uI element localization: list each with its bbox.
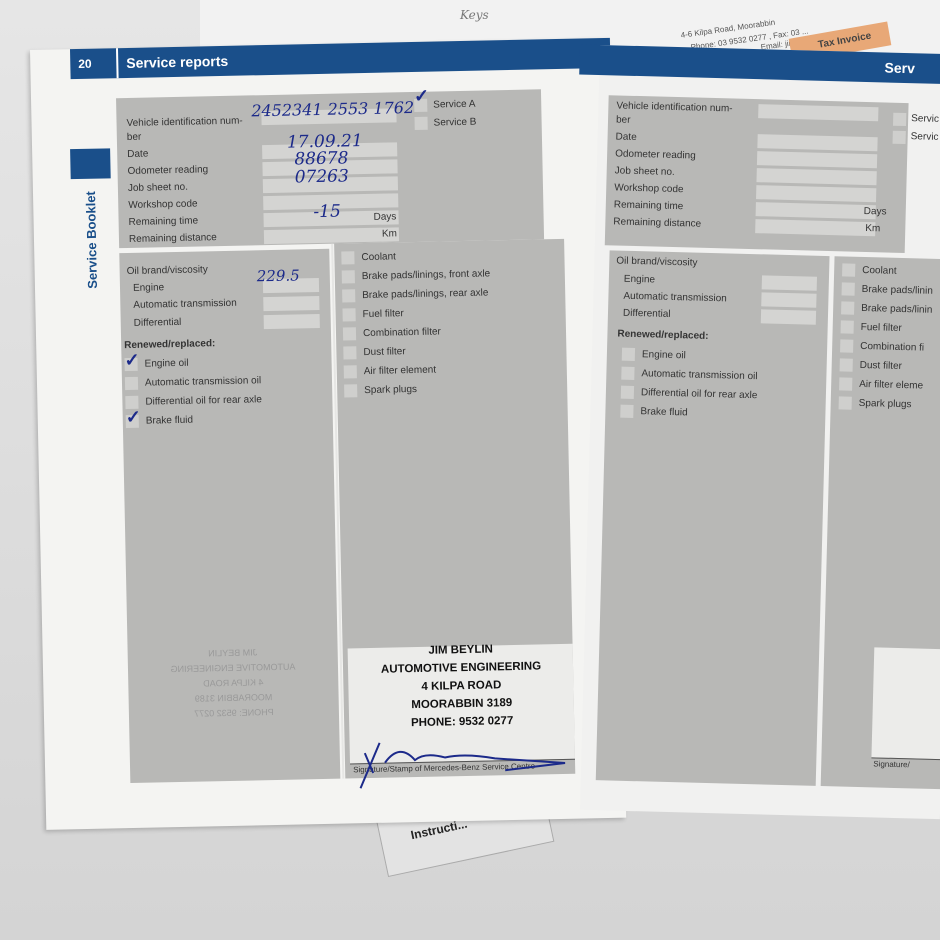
handwritten-engine-oil: 229.5 xyxy=(257,266,300,285)
right-km-unit: Km xyxy=(865,223,880,234)
handwritten-keys-note: Keys xyxy=(460,8,489,22)
left-page: 20 Service reports Service Booklet Vehic… xyxy=(30,38,626,830)
checklist-item-label: Fuel filter xyxy=(362,308,403,320)
right-page: Serv Vehicle identification num- ber Dat… xyxy=(580,45,940,819)
checklist-item-checkbox[interactable] xyxy=(343,327,356,340)
remaining-distance-field[interactable] xyxy=(264,227,399,244)
checklist-item-checkbox[interactable] xyxy=(342,289,355,302)
checklist-item-label: Air filter element xyxy=(364,365,436,378)
checklist-item-checkbox[interactable] xyxy=(342,308,355,321)
oil-engine-label: Engine xyxy=(133,282,164,294)
handwritten-remaining-time: -15 xyxy=(313,202,341,223)
handwritten-job-sheet: 07263 xyxy=(295,166,350,187)
renewed-item-label: Brake fluid xyxy=(146,415,193,427)
handwritten-vin: 2452341 2553 1762 xyxy=(251,98,414,120)
right-checklist-item-checkbox[interactable] xyxy=(842,282,855,295)
oil-heading: Oil brand/viscosity xyxy=(127,264,208,277)
header-divider xyxy=(116,48,119,78)
remaining-distance-label: Remaining distance xyxy=(129,232,217,245)
checklist-item-checkbox[interactable] xyxy=(344,365,357,378)
section-title: Service reports xyxy=(126,53,228,71)
renewed-item-checkbox[interactable] xyxy=(125,377,138,390)
workshop-stamp: JIM BEYLINAUTOMOTIVE ENGINEERING4 KILPA … xyxy=(350,639,572,734)
right-workshop-label: Workshop code xyxy=(614,182,684,195)
right-checklist-item-checkbox[interactable] xyxy=(840,339,853,352)
right-vin-label-cont: ber xyxy=(616,114,631,125)
right-checklist-item-label: Air filter eleme xyxy=(859,379,923,392)
right-checklist-item-checkbox[interactable] xyxy=(840,358,853,371)
stamp-imprint-mirrored: JIM BEYLINAUTOMOTIVE ENGINEERING4 KILPA … xyxy=(143,644,325,723)
checklist-item-checkbox[interactable] xyxy=(342,270,355,283)
right-checklist-item-checkbox[interactable] xyxy=(839,377,852,390)
right-service-a-label: Servic xyxy=(911,113,939,125)
right-renewed-item-checkbox[interactable] xyxy=(622,348,635,361)
right-checklist-item-checkbox[interactable] xyxy=(842,263,855,276)
service-a-checkmark: ✓ xyxy=(414,86,430,107)
km-unit: Km xyxy=(382,228,397,239)
remaining-time-label: Remaining time xyxy=(129,216,199,228)
right-oil-engine-label: Engine xyxy=(624,274,655,286)
oil-trans-label: Automatic transmission xyxy=(133,298,237,311)
service-booklet-label: Service Booklet xyxy=(83,191,100,289)
right-checklist-item-checkbox[interactable] xyxy=(839,396,852,409)
right-checklist-item-label: Coolant xyxy=(862,265,897,277)
checklist-item-checkbox[interactable] xyxy=(344,384,357,397)
right-date-label: Date xyxy=(615,131,636,143)
right-job-sheet-label: Job sheet no. xyxy=(615,165,675,178)
service-a-label: Service A xyxy=(433,99,475,111)
right-renewed-item-label: Brake fluid xyxy=(640,406,688,418)
right-checklist-item-label: Fuel filter xyxy=(861,322,902,334)
right-checklist-item-checkbox[interactable] xyxy=(841,320,854,333)
right-section-title: Serv xyxy=(884,59,915,76)
right-remaining-distance-label: Remaining distance xyxy=(613,216,701,229)
right-remaining-time-label: Remaining time xyxy=(614,199,684,212)
workshop-code-label: Workshop code xyxy=(128,199,198,211)
oil-trans-field[interactable] xyxy=(263,296,319,311)
side-tab-marker xyxy=(70,148,111,179)
checklist-item-checkbox[interactable] xyxy=(341,251,354,264)
renewed-item-checkmark: ✓ xyxy=(125,407,141,428)
checklist-item-label: Coolant xyxy=(361,251,396,263)
right-checklist-item-label: Combination fi xyxy=(860,341,924,354)
right-oil-engine-field[interactable] xyxy=(762,275,817,290)
job-sheet-label: Job sheet no. xyxy=(128,182,188,194)
right-renewed-item-checkbox[interactable] xyxy=(620,405,633,418)
right-oil-diff-field[interactable] xyxy=(761,309,816,324)
checklist-item-label: Dust filter xyxy=(363,346,405,358)
vin-label-cont: ber xyxy=(127,132,142,143)
right-service-b-checkbox[interactable] xyxy=(893,131,906,144)
oil-diff-field[interactable] xyxy=(264,314,320,329)
signature-scrawl xyxy=(354,729,575,794)
right-signature-label: Signature/ xyxy=(873,759,910,769)
right-days-unit: Days xyxy=(864,206,887,218)
right-oil-heading: Oil brand/viscosity xyxy=(616,256,697,269)
right-renewed-item-checkbox[interactable] xyxy=(621,367,634,380)
right-renewed-item-checkbox[interactable] xyxy=(621,386,634,399)
oil-diff-label: Differential xyxy=(134,317,182,329)
right-checklist-item-label: Dust filter xyxy=(860,360,903,372)
renewed-item-label: Engine oil xyxy=(144,358,188,370)
right-checklist-item-label: Brake pads/linin xyxy=(861,303,932,316)
page-number: 20 xyxy=(78,57,92,71)
days-unit: Days xyxy=(373,211,396,222)
renewed-item-checkmark: ✓ xyxy=(124,350,140,371)
service-b-checkbox[interactable] xyxy=(414,117,427,130)
right-oil-trans-field[interactable] xyxy=(761,292,816,307)
checklist-item-label: Spark plugs xyxy=(364,384,417,396)
right-checklist-item-label: Brake pads/linin xyxy=(862,284,933,297)
right-renewed-item-label: Engine oil xyxy=(642,349,686,361)
odometer-label: Odometer reading xyxy=(127,164,208,177)
checklist-item-label: Combination filter xyxy=(363,326,441,339)
right-service-a-checkbox[interactable] xyxy=(893,113,906,126)
date-label: Date xyxy=(127,149,148,160)
checklist-item-checkbox[interactable] xyxy=(343,346,356,359)
right-odometer-label: Odometer reading xyxy=(615,148,696,161)
right-service-b-label: Servic xyxy=(911,131,939,143)
right-renewed-heading: Renewed/replaced: xyxy=(617,329,708,342)
right-oil-diff-label: Differential xyxy=(623,308,671,320)
right-checklist-item-checkbox[interactable] xyxy=(841,301,854,314)
right-stamp-box xyxy=(871,647,940,759)
right-checklist-item-label: Spark plugs xyxy=(859,398,912,410)
service-b-label: Service B xyxy=(434,117,477,129)
